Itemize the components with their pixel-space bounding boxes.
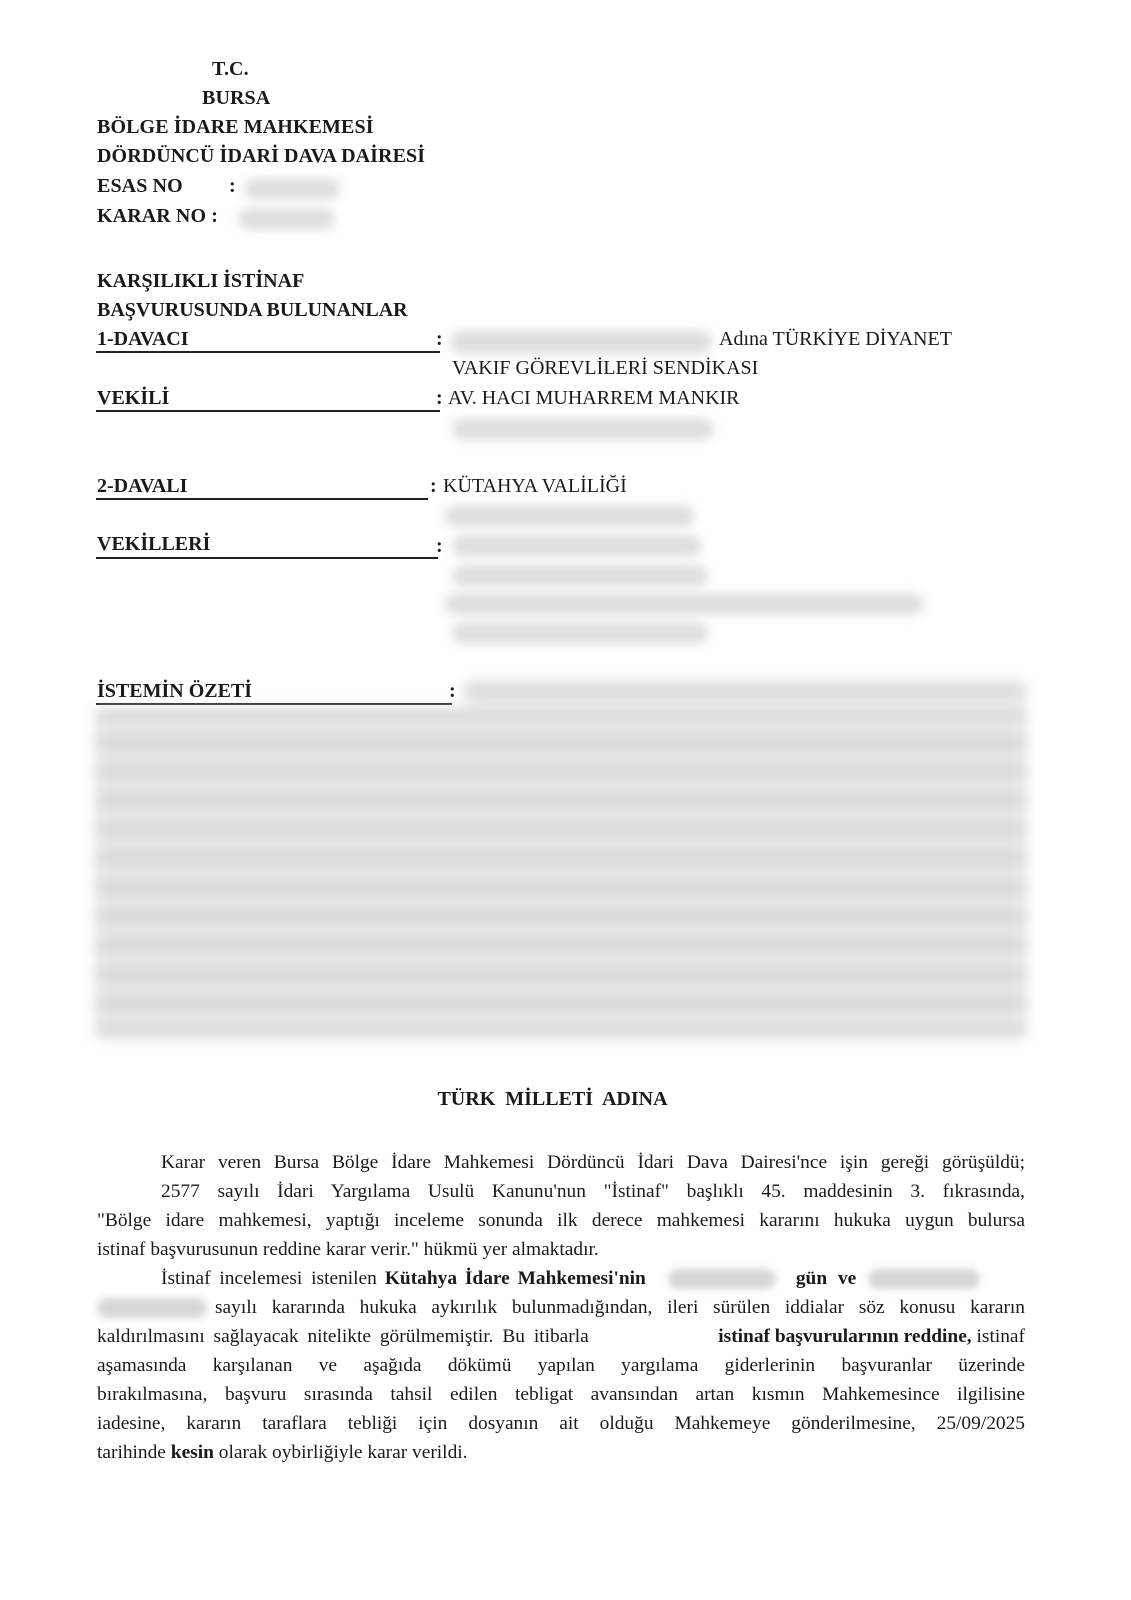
decision-p2-line1: 2577 sayılı İdari Yargılama Usulü Kanunu… <box>97 1177 1025 1206</box>
decision-number-redacted-b <box>97 1298 207 1318</box>
plaintiff-attorney-address-redacted <box>452 418 714 440</box>
plaintiff-attorney-colon: : <box>436 387 443 410</box>
plaintiff-attorney-label: VEKİLİ <box>97 387 169 410</box>
esas-no-label: ESAS NO <box>97 175 183 198</box>
summary-content-redacted <box>95 708 1027 1038</box>
decision-p3-line3-bold: istinaf başvurularının reddine, <box>718 1326 971 1347</box>
header-country: T.C. <box>212 58 249 81</box>
defendant-attorneys-redacted-4 <box>452 622 708 644</box>
decision-p3-line1-text: İstinaf incelemesi istenilen <box>161 1264 377 1293</box>
plaintiff-attorney-underline <box>96 410 440 412</box>
karar-no-redacted <box>238 208 335 230</box>
decision-p3-line7-text-b: olarak oybirliğiyle karar verildi. <box>219 1442 468 1463</box>
defendant-attorneys-redacted-2 <box>452 565 708 587</box>
decision-p2-line3: istinaf başvurusunun reddine karar verir… <box>97 1235 1025 1264</box>
decision-date-redacted <box>668 1269 776 1289</box>
decision-number-redacted-a <box>868 1269 980 1289</box>
defendant-label: 2-DAVALI <box>97 475 187 498</box>
decision-p3-court-name: Kütahya İdare Mahkemesi'nin <box>385 1264 646 1293</box>
defendant-attorneys-colon: : <box>436 535 443 558</box>
plaintiff-colon: : <box>436 328 443 351</box>
decision-p3-line2-text: sayılı kararında hukuka aykırılık bulunm… <box>215 1293 1025 1322</box>
summary-label: İSTEMİN ÖZETİ <box>97 680 252 703</box>
decision-p3-line2: sayılı kararında hukuka aykırılık bulunm… <box>97 1293 1025 1322</box>
decision-body: Karar veren Bursa Bölge İdare Mahkemesi … <box>97 1148 1025 1467</box>
decision-p1: Karar veren Bursa Bölge İdare Mahkemesi … <box>97 1148 1025 1177</box>
parties-title-line2: BAŞVURUSUNDA BULUNANLAR <box>97 299 408 322</box>
summary-content-redacted-first-line <box>464 682 1026 708</box>
decision-p3-line3-text-b: istinaf <box>977 1326 1025 1347</box>
defendant-attorneys-redacted-1 <box>452 535 702 557</box>
defendant-address-redacted <box>445 505 695 527</box>
plaintiff-name-redacted <box>450 330 712 354</box>
decision-p3-line3-text-a: kaldırılmasını sağlayacak nitelikte görü… <box>97 1322 589 1351</box>
decision-p3-line7: tarihinde kesin olarak oybirliğiyle kara… <box>97 1438 1025 1467</box>
header-chamber: DÖRDÜNCÜ İDARİ DAVA DAİRESİ <box>97 145 425 168</box>
plaintiff-label: 1-DAVACI <box>97 328 189 351</box>
defendant-underline <box>96 498 428 500</box>
defendant-attorneys-redacted-3 <box>445 593 923 615</box>
esas-no-redacted <box>245 178 340 200</box>
defendant-attorneys-underline <box>96 557 438 559</box>
decision-p2-line2: "Bölge idare mahkemesi, yaptığı inceleme… <box>97 1206 1025 1235</box>
summary-colon: : <box>449 680 456 703</box>
header-city: BURSA <box>202 87 270 110</box>
defendant-value: KÜTAHYA VALİLİĞİ <box>443 475 627 498</box>
header-court: BÖLGE İDARE MAHKEMESİ <box>97 116 374 139</box>
plaintiff-value: Adına TÜRKİYE DİYANET <box>719 328 952 351</box>
parties-title-line1: KARŞILIKLI İSTİNAF <box>97 270 304 293</box>
decision-p3-gun-ve: gün ve <box>796 1264 856 1293</box>
esas-no-colon: : <box>229 175 236 198</box>
decision-p3-line3: kaldırılmasını sağlayacak nitelikte görü… <box>97 1322 1025 1351</box>
defendant-colon: : <box>430 475 437 498</box>
plaintiff-underline <box>96 351 440 353</box>
defendant-attorneys-label: VEKİLLERİ <box>97 533 210 556</box>
decision-p3-line1: İstinaf incelemesi istenilen Kütahya İda… <box>97 1264 1025 1293</box>
plaintiff-value-line2: VAKIF GÖREVLİLERİ SENDİKASI <box>452 357 758 380</box>
karar-no-label: KARAR NO : <box>97 205 218 228</box>
decision-p3-line7-text-a: tarihinde <box>97 1442 166 1463</box>
decision-p3-line4: aşamasında karşılanan ve aşağıda dökümü … <box>97 1351 1025 1380</box>
decision-p3-line7-bold: kesin <box>171 1442 214 1463</box>
summary-underline <box>96 703 452 705</box>
decision-p3-line5: bırakılmasına, başvuru sırasında tahsil … <box>97 1380 1025 1409</box>
plaintiff-attorney-value: AV. HACI MUHARREM MANKIR <box>448 387 740 410</box>
decision-title: TÜRK MİLLETİ ADINA <box>0 1088 1105 1111</box>
decision-p3-line6: iadesine, kararın taraflara tebliği için… <box>97 1409 1025 1438</box>
